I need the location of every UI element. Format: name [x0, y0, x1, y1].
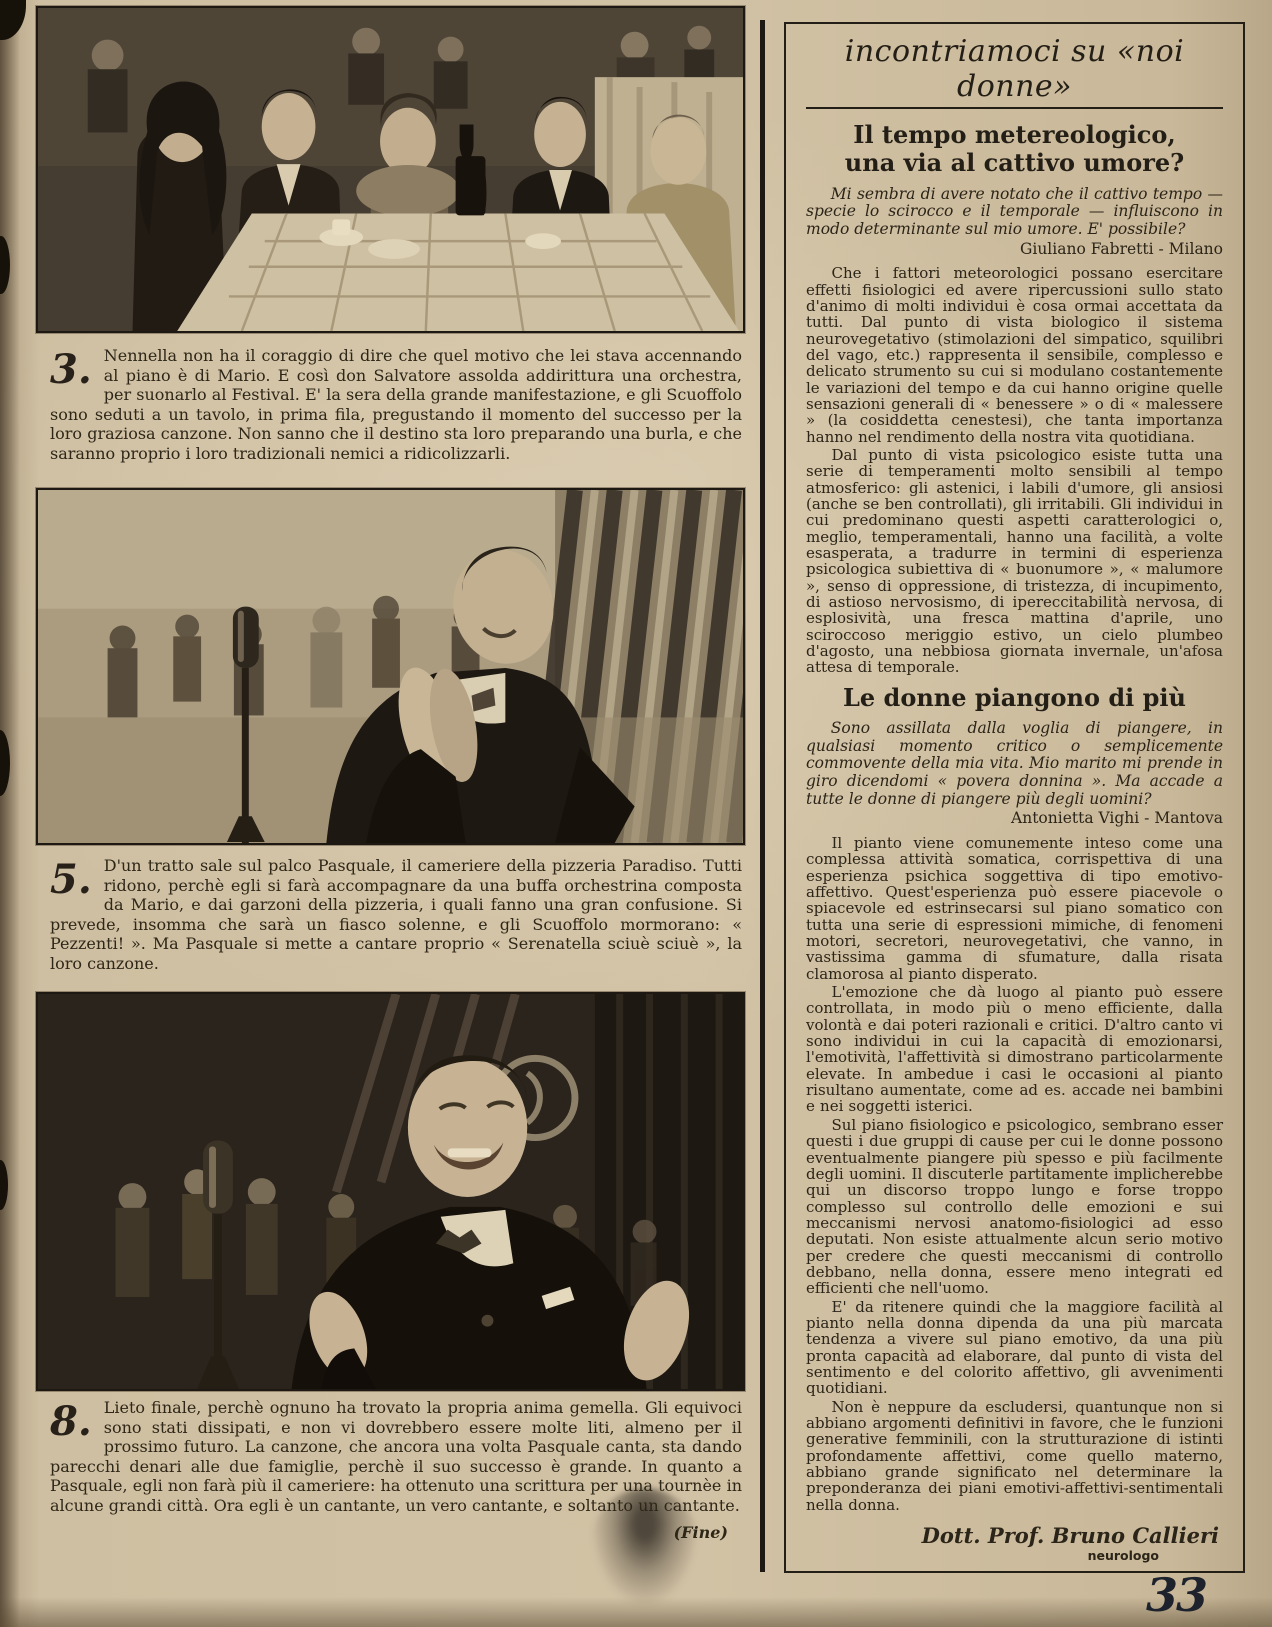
page-number: 33: [1146, 1568, 1206, 1622]
advice-column-box: incontriamoci su «noi donne» Il tempo me…: [784, 22, 1245, 1573]
film-still-2-illustration: [38, 490, 743, 843]
author-role: neurologo: [806, 1548, 1223, 1563]
section-2-asker: Antonietta Vighi - Mantova: [806, 809, 1223, 828]
author-signature: Dott. Prof. Bruno Callieri: [806, 1523, 1219, 1548]
section-2-title-line-1: Le donne piangono di più: [806, 684, 1223, 712]
section-2-paragraph: Il pianto viene comunemente inteso come …: [806, 835, 1223, 982]
film-still-smiling-singer: [36, 992, 745, 1391]
fine-marker: (Fine): [50, 1523, 742, 1543]
section-1-title: Il tempo metereologico, una via al catti…: [806, 121, 1223, 178]
column-divider-rule: [760, 20, 765, 1572]
film-still-3-illustration: [38, 994, 743, 1389]
section-1-paragraph: Che i fattori meteorologici possano eser…: [806, 265, 1223, 445]
caption-3: 3. Nennella non ha il coraggio di dire c…: [50, 346, 742, 463]
section-1-asker: Giuliano Fabretti - Milano: [806, 240, 1223, 259]
caption-5: 5. D'un tratto sale sul palco Pasquale, …: [50, 856, 742, 973]
caption-8-text: Lieto finale, perchè ognuno ha trovato l…: [50, 1398, 742, 1515]
section-2-paragraph: Sul piano fisiologico e psicologico, sem…: [806, 1117, 1223, 1297]
section-1-title-line-2: una via al cattivo umore?: [806, 149, 1223, 177]
paper-tear-mark: [0, 0, 26, 40]
section-2-paragraph: E' da ritenere quindi che la maggiore fa…: [806, 1299, 1223, 1397]
section-1-paragraph: Dal punto di vista psicologico esiste tu…: [806, 447, 1223, 676]
magazine-page: 3. Nennella non ha il coraggio di dire c…: [0, 0, 1272, 1627]
film-still-1-illustration: [38, 8, 743, 331]
caption-5-number: 5.: [50, 856, 104, 896]
caption-8-number: 8.: [50, 1398, 104, 1438]
film-still-grateful-singer: [36, 488, 745, 845]
section-2-paragraph: L'emozione che dà luogo al pianto può es…: [806, 984, 1223, 1115]
header-rule: [806, 107, 1223, 109]
caption-8: 8. Lieto finale, perchè ognuno ha trovat…: [50, 1398, 742, 1543]
section-1-title-line-1: Il tempo metereologico,: [806, 121, 1223, 149]
section-2-question: Sono assillata dalla voglia di piangere,…: [806, 720, 1223, 808]
section-2-title: Le donne piangono di più: [806, 684, 1223, 712]
section-2-paragraph: Non è neppure da escludersi, quantunque …: [806, 1399, 1223, 1513]
film-still-restaurant-scene: [36, 6, 745, 333]
caption-3-text: Nennella non ha il coraggio di dire che …: [50, 346, 742, 463]
column-header: incontriamoci su «noi donne»: [806, 34, 1223, 104]
caption-3-number: 3.: [50, 346, 104, 386]
caption-5-text: D'un tratto sale sul palco Pasquale, il …: [50, 856, 742, 973]
section-1-question: Mi sembra di avere notato che il cattivo…: [806, 186, 1223, 239]
